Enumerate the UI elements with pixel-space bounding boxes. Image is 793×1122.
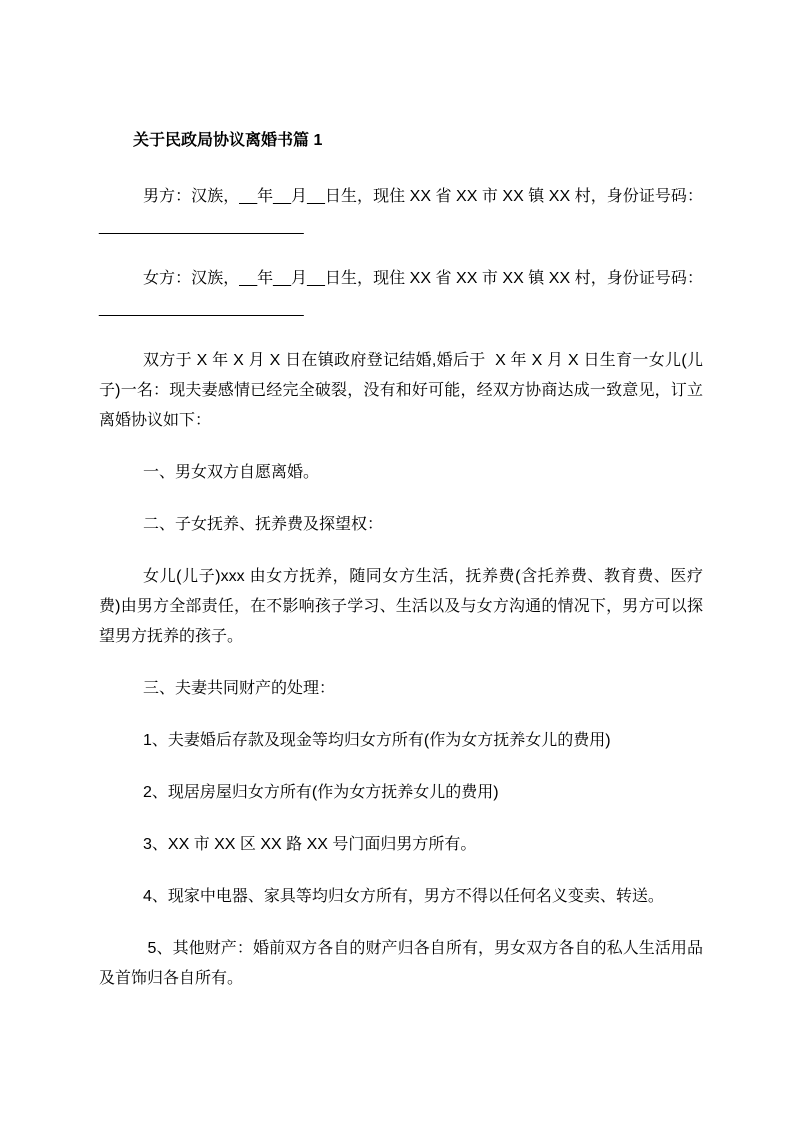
paragraph: 3、XX 市 XX 区 XX 路 XX 号门面归男方所有。 (99, 830, 703, 860)
document-body: 男方：汉族，__年__月__日生，现住 XX 省 XX 市 XX 镇 XX 村，… (99, 182, 703, 994)
paragraph: 女儿(儿子)xxx 由女方抚养，随同女方生活，抚养费(含托养费、教育费、医疗费)… (99, 562, 703, 652)
paragraph: 1、夫妻婚后存款及现金等均归女方所有(作为女方抚养女儿的费用) (99, 726, 703, 756)
paragraph: 2、现居房屋归女方所有(作为女方抚养女儿的费用) (99, 778, 703, 808)
document-title: 关于民政局协议离婚书篇 1 (99, 126, 703, 156)
paragraph: 双方于 X 年 X 月 X 日在镇政府登记结婚,婚后于 X 年 X 月 X 日生… (99, 346, 703, 436)
paragraph: 一、男女双方自愿离婚。 (99, 458, 703, 488)
paragraph: 女方：汉族，__年__月__日生，现住 XX 省 XX 市 XX 镇 XX 村，… (99, 264, 703, 324)
document-page: 关于民政局协议离婚书篇 1 男方：汉族，__年__月__日生，现住 XX 省 X… (0, 0, 793, 1122)
paragraph: 二、子女抚养、抚养费及探望权： (99, 510, 703, 540)
paragraph: 5、其他财产：婚前双方各自的财产归各自所有，男女双方各自的私人生活用品及首饰归各… (99, 934, 703, 994)
paragraph: 男方：汉族，__年__月__日生，现住 XX 省 XX 市 XX 镇 XX 村，… (99, 182, 703, 242)
paragraph: 4、现家中电器、家具等均归女方所有，男方不得以任何名义变卖、转送。 (99, 882, 703, 912)
paragraph: 三、夫妻共同财产的处理： (99, 674, 703, 704)
